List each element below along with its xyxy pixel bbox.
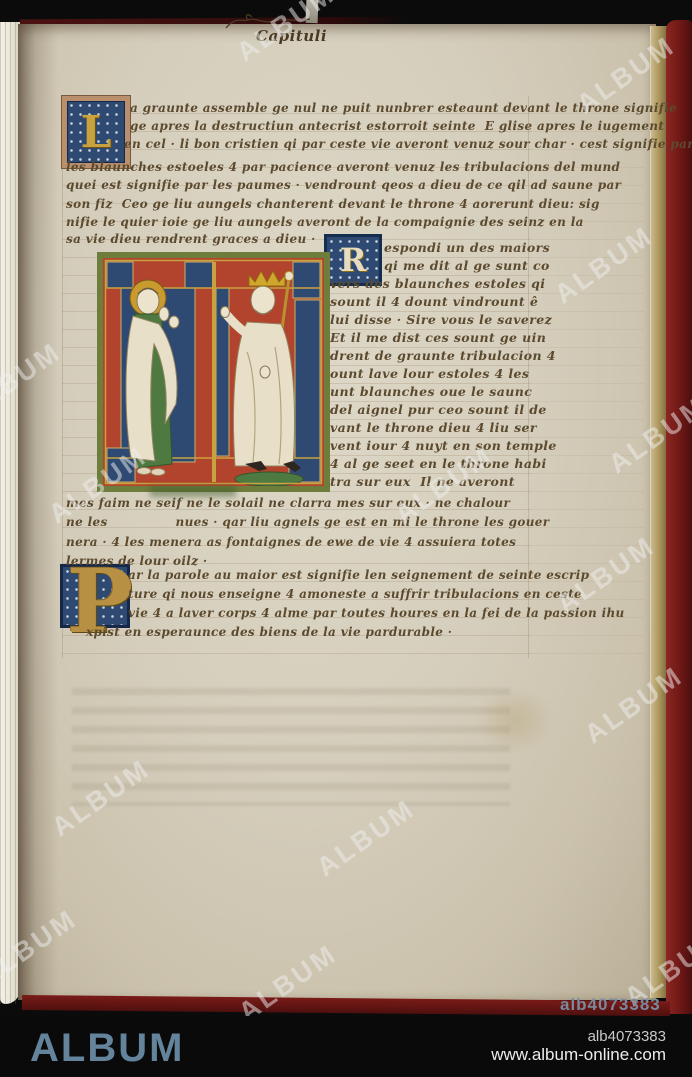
manuscript-line: ar la parole au maior est signifie len s… (128, 568, 589, 582)
manuscript-line: quei est signifie par les paumes · vendr… (66, 178, 621, 192)
initial-letter: R (340, 241, 367, 279)
manuscript-line: les blaunches estoeles 4 par pacience av… (66, 160, 620, 174)
manuscript-line: nera · 4 les menera as fontaignes de ewe… (66, 535, 516, 549)
stock-photo-of-manuscript: Capituli L R P a graunte assemble ge nul… (0, 0, 692, 1077)
manuscript-line: 4 al ge seet en le throne habi (330, 456, 547, 471)
manuscript-line: vie 4 a laver corps 4 alme par toutes ho… (128, 606, 625, 620)
miniature-painting (97, 252, 330, 492)
manuscript-line: a graunte assemble ge nul ne puit nunbre… (130, 101, 677, 115)
manuscript-line: xpist en esperaunce des biens de la vie … (86, 625, 452, 639)
book-cover-right (666, 20, 692, 1014)
image-id: alb4073383 (491, 1028, 666, 1045)
initial-letter: L (81, 107, 112, 158)
manuscript-line: tra sur eux Il ne averont (330, 474, 515, 489)
album-logo: ALBUM (30, 1026, 184, 1071)
illuminated-initial-L: L (62, 96, 130, 168)
watermark-image-id: alb4073383 (560, 995, 661, 1015)
parchment-stain (478, 688, 552, 752)
showthrough-text (72, 688, 510, 806)
caption-credit: alb4073383 www.album-online.com (491, 1028, 666, 1065)
website-url: www.album-online.com (491, 1045, 666, 1065)
manuscript-line: vers des blaunches estoles qi (330, 276, 545, 291)
manuscript-line: espondi un des maiors (384, 240, 550, 255)
manuscript-line: ount lave lour estoles 4 les (330, 366, 529, 381)
caption-bar: ALBUM alb4073383 www.album-online.com (0, 1016, 692, 1077)
manuscript-line: mes faim ne seif ne le solail ne clarra … (66, 496, 510, 510)
manuscript-line: en cel · li bon cristien qi par ceste vi… (124, 137, 692, 151)
manuscript-line: lui disse · Sire vous le saverez (330, 312, 552, 327)
chapter-heading: Capituli (256, 27, 327, 45)
manuscript-line: nifie le quier ioie ge liu aungels avero… (66, 215, 584, 229)
paint-smudge (150, 486, 236, 497)
manuscript-line: del aignel pur ceo sount il de (330, 402, 547, 417)
gutter-shadow (18, 24, 58, 1000)
manuscript-line: ne les nues · qar liu agnels ge est en m… (66, 515, 549, 529)
manuscript-line: ge apres la destructiun antecrist estorr… (130, 119, 664, 133)
manuscript-line: sa vie dieu rendrent graces a dieu · (66, 232, 316, 246)
manuscript-line: sount il 4 dount vindrount ê (330, 294, 538, 309)
manuscript-line: vent iour 4 nuyt en son temple (330, 438, 557, 453)
manuscript-line: son fiz Ceo ge liu aungels chanterent de… (66, 197, 600, 211)
manuscript-line: qi me dit al ge sunt co (384, 258, 550, 273)
illuminated-initial-P: P (60, 564, 130, 628)
manuscript-line: drent de graunte tribulacion 4 (330, 348, 556, 363)
manuscript-line: lermes de lour oilz · (66, 554, 207, 568)
manuscript-line: unt blaunches oue le saunc (330, 384, 532, 399)
manuscript-line: ture qi nous enseigne 4 amoneste a suffr… (128, 587, 582, 601)
page-edges-left (0, 22, 20, 1004)
manuscript-line: vant le throne dieu 4 liu ser (330, 420, 537, 435)
manuscript-line: Et il me dist ces sount ge uin (330, 330, 546, 345)
